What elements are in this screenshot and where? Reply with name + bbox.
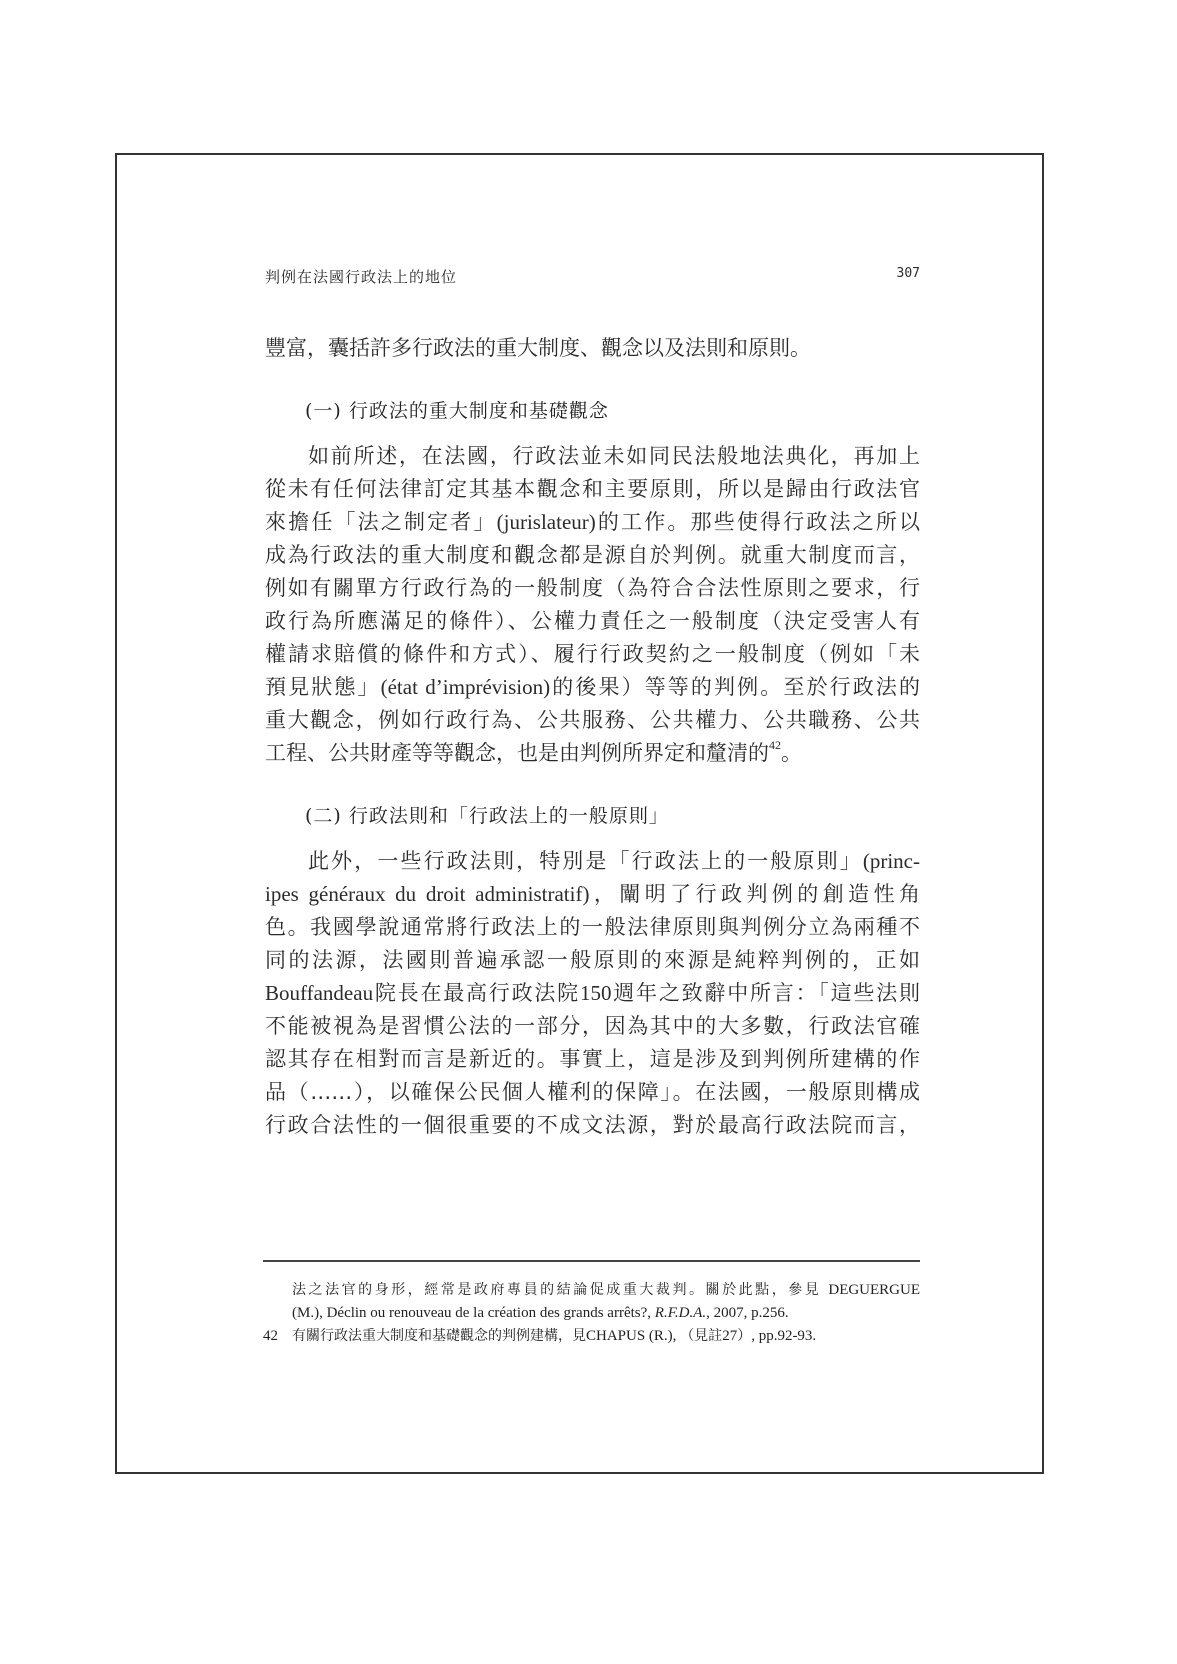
text-run: 工程、公共財產等等觀念，也是由判例所界定和釐清的 <box>265 741 769 765</box>
paragraph-line: ipes généraux du droit administratif)，闡明… <box>265 878 920 910</box>
paragraph-line: 重大觀念，例如行政行為、公共服務、公共權力、公共職務、公共 <box>265 704 920 736</box>
paragraph-line: 認其存在相對而言是新近的。事實上，這是涉及到判例所建構的作 <box>265 1043 920 1075</box>
paragraph-line: 從未有任何法律訂定其基本觀念和主要原則，所以是歸由行政法官 <box>265 473 920 505</box>
footnote-number-42: 42 <box>263 1325 278 1347</box>
latin-name-bouffandeau: Bouffandeau <box>265 981 373 1005</box>
paragraph-line: 預見狀態」(état d’imprévision)的後果）等等的判例。至於行政法… <box>265 671 920 703</box>
section-heading-2: (二) 行政法則和「行政法上的一般原則」 <box>305 800 669 832</box>
paragraph-line: 權請求賠償的條件和方式）、履行行政契約之一般制度（例如「未 <box>265 638 920 670</box>
latin-term-principes-generaux: ipes généraux du droit administratif) <box>265 882 589 906</box>
page-range: , pp.92-93. <box>751 1328 816 1344</box>
footnote-42-text: 有關行政法重大制度和基礎觀念的判例建構，見CHAPUS (R.), （見註27）… <box>292 1325 920 1347</box>
paragraph-line: 品（……），以確保公民個人權利的保障」。在法國，一般原則構成 <box>265 1076 920 1108</box>
number-150: 150 <box>580 981 612 1005</box>
section-heading-1: (一) 行政法的重大制度和基礎觀念 <box>305 395 609 427</box>
text-run: 的工作。那些使得行政法之所以 <box>596 510 920 534</box>
text-run: ，闡明了行政判例的創造性角 <box>589 882 920 906</box>
text-run: 的後果）等等的判例。至於行政法的 <box>550 675 920 699</box>
running-head: 判例在法國行政法上的地位 307 <box>265 266 920 288</box>
paragraph-line: 如前所述，在法國，行政法並未如同民法般地法典化，再加上 <box>308 440 920 472</box>
paragraph-line: Bouffandeau院長在最高行政法院150週年之致辭中所言：「這些法則 <box>265 977 920 1009</box>
paragraph-line: 政行為所應滿足的條件）、公權力責任之一般制度（決定受害人有 <box>265 605 920 637</box>
footnote-continued-line-2: (M.), Déclin ou renouveau de la création… <box>292 1302 920 1324</box>
latin-term-princ: (princ- <box>863 849 920 873</box>
text-run: 院長在最高行政法院 <box>373 981 580 1005</box>
latin-term-etat-imprevision: (état d’imprévision) <box>381 675 550 699</box>
paragraph-line: 行政合法性的一個很重要的不成文法源，對於最高行政法院而言， <box>265 1109 920 1141</box>
paragraph-line: 來擔任「法之制定者」(jurislateur)的工作。那些使得行政法之所以 <box>265 506 920 538</box>
text-run: 有關行政法重大制度和基礎觀念的判例建構，見 <box>292 1328 586 1344</box>
journal-rfda: R.F.D.A. <box>655 1305 706 1321</box>
text-run: (M.), Déclin ou renouveau de la création… <box>292 1305 655 1321</box>
text-run: 法之法官的身形，經常是政府專員的結論促成重大裁判。關於此點，參見 <box>292 1282 821 1298</box>
paragraph-line: 工程、公共財產等等觀念，也是由判例所界定和釐清的42。 <box>265 737 920 769</box>
paragraph-line: 例如有關單方行政行為的一般制度（為符合合法性原則之要求，行 <box>265 572 920 604</box>
paragraph-line: 不能被視為是習慣公法的一部分，因為其中的大多數，行政法官確 <box>265 1010 920 1042</box>
text-run: 預見狀態」 <box>265 675 381 699</box>
footnote-separator <box>263 1260 920 1262</box>
text-run: （見註 <box>680 1328 722 1344</box>
author-deguergue: DEGUERGUE <box>828 1282 920 1298</box>
text-run: , 2007, p.256. <box>706 1305 789 1321</box>
paragraph-line: 此外，一些行政法則，特別是「行政法上的一般原則」(princ- <box>308 845 920 877</box>
paragraph-line: 色。我國學說通常將行政法上的一般法律原則與判例分立為兩種不 <box>265 911 920 943</box>
text-run: ） <box>737 1328 751 1344</box>
text-run: 。 <box>781 741 802 765</box>
author-chapus: CHAPUS (R.), <box>586 1328 680 1344</box>
footnote-continued-line-1: 法之法官的身形，經常是政府專員的結論促成重大裁判。關於此點，參見 DEGUERG… <box>292 1279 920 1301</box>
running-head-title: 判例在法國行政法上的地位 <box>265 266 457 287</box>
footnote-ref-42[interactable]: 42 <box>769 738 781 752</box>
paragraph-line: 成為行政法的重大制度和觀念都是源自於判例。就重大制度而言， <box>265 539 920 571</box>
latin-term-jurislateur: (jurislateur) <box>497 510 596 534</box>
paragraph-line: 同的法源，法國則普遍承認一般原則的來源是純粹判例的，正如 <box>265 944 920 976</box>
body-line-opening: 豐富，囊括許多行政法的重大制度、觀念以及法則和原則。 <box>265 332 920 364</box>
text-run: 來擔任「法之制定者」 <box>265 510 497 534</box>
note-ref-27: 27 <box>722 1328 737 1344</box>
text-run: 週年之致辭中所言：「這些法則 <box>611 981 920 1005</box>
page-number: 307 <box>897 266 920 281</box>
text-run: 此外，一些行政法則，特別是「行政法上的一般原則」 <box>308 849 863 873</box>
